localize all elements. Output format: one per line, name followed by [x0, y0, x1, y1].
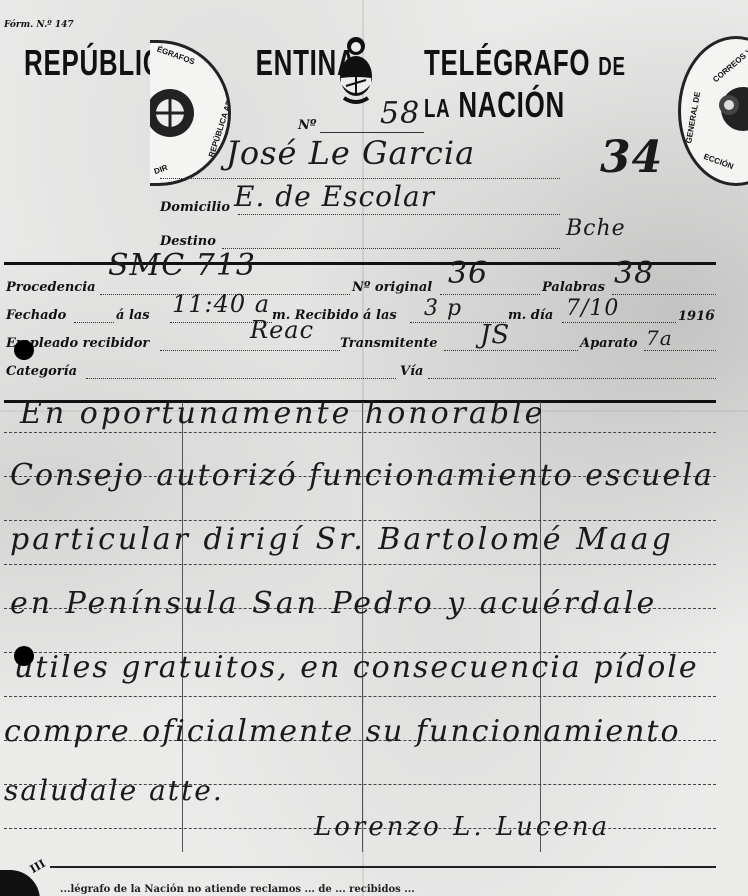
- message-line-2: Consejo autorizó funcionamiento escuela: [10, 458, 714, 493]
- empleado-line: [160, 350, 340, 351]
- form-number: Fórm. N.º 147: [4, 20, 74, 30]
- title-nacion-word: NACIÓN: [458, 84, 565, 125]
- title-telegrafo-word: TELÉGRAFO: [424, 42, 590, 83]
- categoria-line: [86, 378, 396, 379]
- fechado-label: Fechado: [6, 308, 66, 323]
- n-original-line: [440, 294, 540, 295]
- recibido-value-handwritten: 3 p: [424, 296, 462, 321]
- message-line-1: En oportunamente honorable: [20, 396, 545, 431]
- via-label: Vía: [400, 364, 423, 379]
- a-las-value-handwritten: 11:40 a: [172, 290, 270, 318]
- via-line: [428, 378, 716, 379]
- empleado-value-handwritten: Reac: [250, 316, 314, 344]
- domicilio-label: Domicilio: [160, 200, 230, 215]
- telegram-form: Fórm. N.º 147 REPÚBLICA ENTINA TELÉGRAFO…: [0, 0, 748, 896]
- procedencia-label: Procedencia: [6, 280, 96, 295]
- aparato-line: [644, 350, 716, 351]
- categoria-label: Categoría: [6, 364, 77, 379]
- coat-of-arms-icon: [334, 32, 378, 110]
- message-rule: [4, 696, 716, 697]
- stamp-correos-telegrafos: CORREOS Y TE GENERAL DE ECCIÓN: [678, 36, 748, 186]
- message-rule: [4, 564, 716, 565]
- year-prefix: 191: [678, 309, 705, 324]
- dia-line: [562, 322, 676, 323]
- transmitente-line: [444, 350, 578, 351]
- aparato-label: Aparato: [580, 336, 638, 351]
- message-line-6: compre oficialmente su funcionamiento: [4, 714, 681, 749]
- n-original-label: Nº original: [352, 280, 432, 295]
- footer-notice: ...légrafo de la Nación no atiende recla…: [60, 884, 415, 895]
- message-rule-final: [50, 866, 716, 868]
- margin-note-handwritten: 34: [600, 132, 663, 183]
- number-label: Nº: [298, 118, 316, 133]
- transmitente-label: Transmitente: [340, 336, 437, 351]
- punch-hole: [14, 646, 34, 666]
- number-value-handwritten: 58: [380, 96, 420, 131]
- m-dia-label: m. día: [508, 308, 553, 323]
- domicilio-value-handwritten: E. de Escolar: [234, 180, 435, 213]
- message-line-3: particular dirigí Sr. Bartolomé Maag: [10, 522, 674, 557]
- palabras-label: Palabras: [542, 280, 605, 295]
- year-value-handwritten: 6: [705, 308, 716, 324]
- message-line-7: saludale atte.: [4, 774, 224, 807]
- domicilio-line: [238, 214, 560, 215]
- recipient-name-handwritten: José Le Garcia: [226, 134, 475, 172]
- palabras-line: [612, 294, 716, 295]
- destino-label: Destino: [160, 234, 216, 249]
- recipient-name-line: [160, 178, 560, 179]
- dia-value-handwritten: 7/10: [566, 296, 619, 321]
- procedencia-value-handwritten: SMC 713: [108, 248, 256, 283]
- destino-value-handwritten: Bche: [566, 216, 626, 241]
- message-line-5: útiles gratuitos, en consecuencia pídole: [14, 650, 699, 685]
- punch-hole: [14, 340, 34, 360]
- message-rule: [4, 520, 716, 521]
- n-original-value-handwritten: 36: [448, 256, 488, 291]
- footer-mark: III: [28, 857, 48, 876]
- number-line: [320, 132, 424, 133]
- title-telegrafo: TELÉGRAFO DE LA NACIÓN: [424, 42, 657, 126]
- message-rule: [4, 432, 716, 433]
- year-label: 1916: [678, 308, 716, 324]
- fechado-line: [74, 322, 114, 323]
- palabras-value-handwritten: 38: [614, 256, 654, 291]
- signature-handwritten: Lorenzo L. Lucena: [314, 812, 610, 842]
- transmitente-value-handwritten: JS: [480, 320, 510, 350]
- message-line-4: en Península San Pedro y acuérdale: [10, 586, 657, 621]
- destino-line: [222, 248, 560, 249]
- aparato-value-handwritten: 7a: [646, 326, 673, 350]
- a-las-label: á las: [116, 308, 150, 323]
